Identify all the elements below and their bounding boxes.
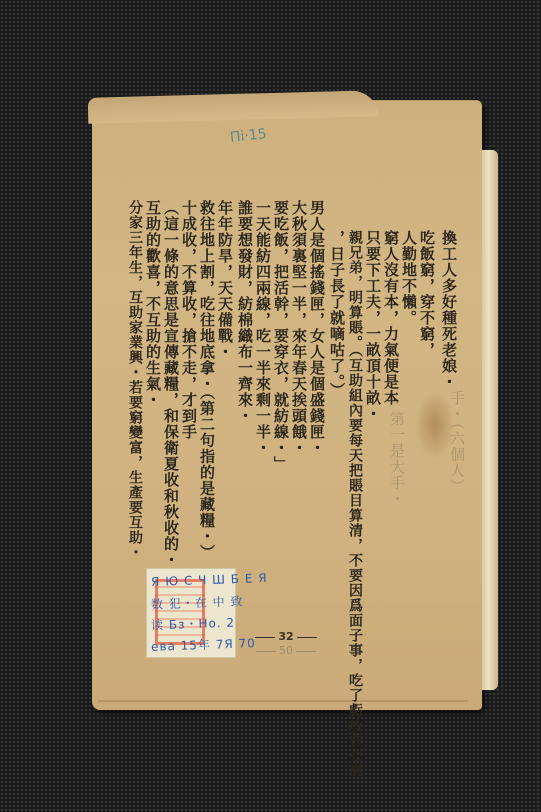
label-line: 读 Бз・Но. 2: [151, 614, 236, 634]
text-column: 只要下工夫，一畝頂十畝・: [364, 230, 382, 422]
faded-text-column: 手・（六個人）: [448, 390, 466, 495]
text-column: 年年防旱，天天備戰・: [216, 200, 234, 360]
text-column: 要吃飯，把活幹，要穿衣，就紡線・」: [272, 200, 290, 472]
text-column: 人勤地不懶。: [400, 230, 418, 326]
text-column: 男人是個搖錢匣，女人是個盛錢匣・: [308, 200, 326, 456]
page-number-faded: 50: [246, 644, 326, 657]
text-column: （這一條的意思是宣傳藏糧，和保衛夏收和秋收的・: [162, 200, 180, 568]
page-number-faded-text: 50: [279, 644, 293, 657]
text-column: 誰要想發財，紡棉織布一齊來・: [236, 200, 254, 424]
text-column: 分家三年生，互助家業興・若要窮變富，生產要互助・: [126, 200, 143, 560]
faded-text-column: ・第一是大手・: [388, 395, 406, 507]
text-column: 一天能紡四兩線，吃一半來剩一半・: [254, 200, 272, 456]
text-column: 互助的歡喜，不互助的生氣・: [144, 200, 162, 408]
text-column: 十成收，不算收，搶不走，才到手: [180, 200, 198, 440]
text-column: 吃飯窮，穿不窮，: [418, 230, 436, 358]
library-label: Я Ю С Ч Ш Б Е Я 数 犯・在 中 致 读 Бз・Но. 2 ева…: [146, 568, 236, 658]
text-column: 窮人沒有本，力氣便是本: [382, 230, 400, 406]
text-column: ，日子長了就嘀咕了。）: [328, 230, 346, 399]
page-number: 32: [246, 630, 326, 643]
text-column: 換工人多好種死老娘・: [440, 230, 458, 390]
text-column: 救往地上割，吃往地底拿・（第二句指的是藏糧・）: [198, 200, 216, 561]
label-line: 数 犯・在 中 致: [151, 592, 244, 612]
page-edges: [482, 150, 498, 690]
text-column: 大秋須裏堅一半，來年春天挨頭餓・: [290, 200, 308, 456]
text-column: 親兄弟，明算賬。（互助組內要每天把賬目算清，不要因爲面子事，吃了虧放在心裏: [346, 230, 363, 778]
page-number-text: 32: [278, 630, 293, 643]
